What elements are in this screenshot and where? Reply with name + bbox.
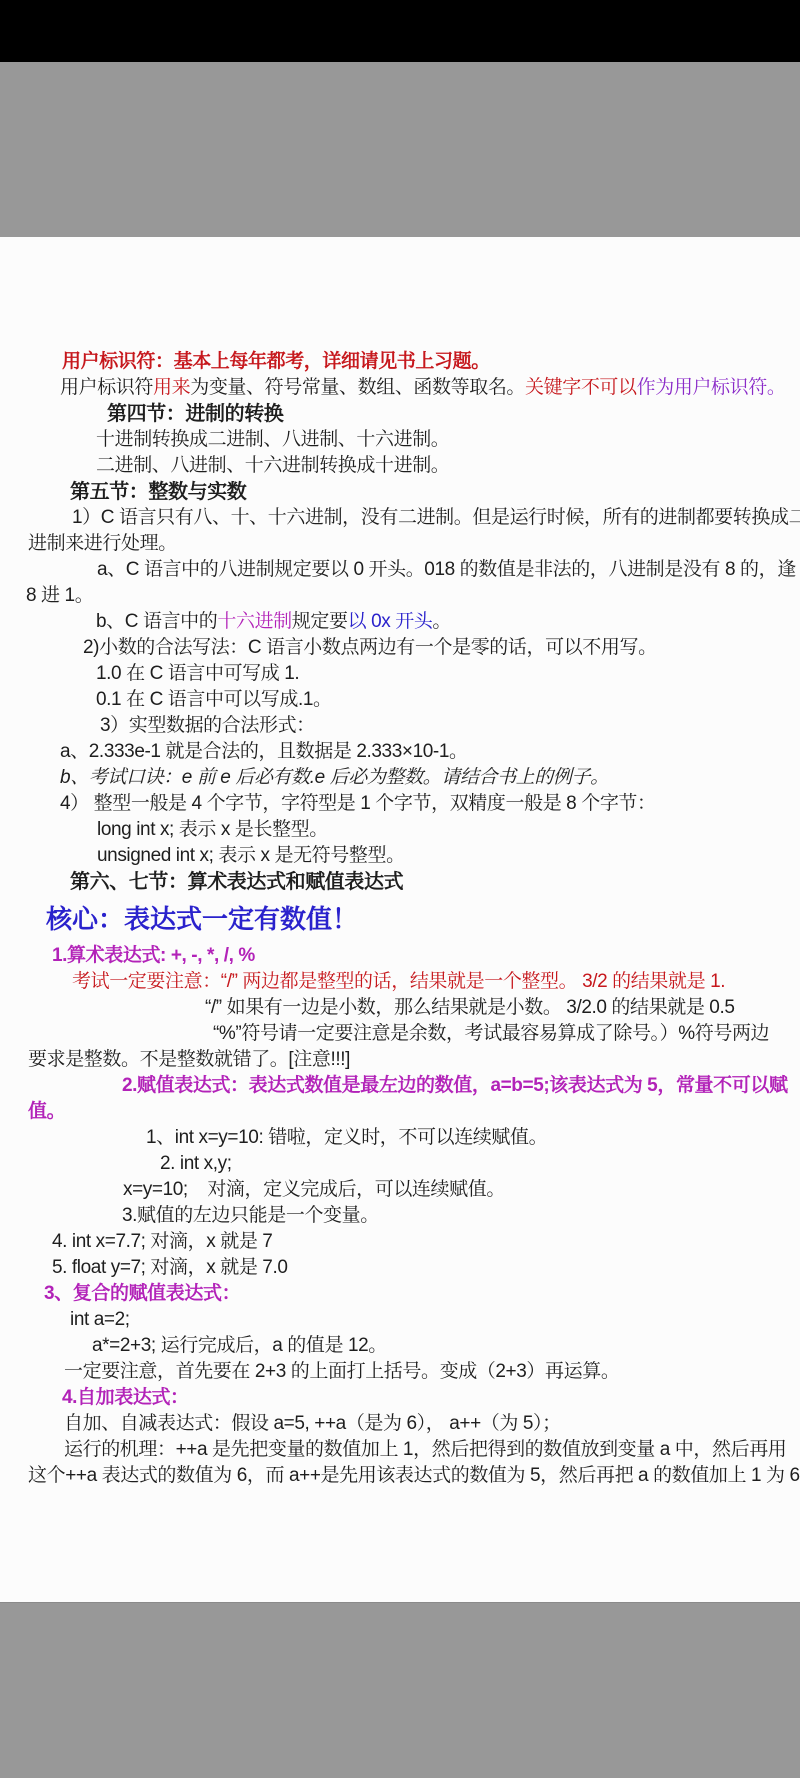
text-line: unsigned int x; 表示 x 是无符号整型。	[97, 843, 800, 869]
text-segment: 用来	[153, 377, 190, 398]
text-segment: 用户标识符	[60, 377, 153, 398]
text-segment: 十进制转换成二进制、八进制、十六进制。	[96, 429, 449, 450]
text-line: 这个++a 表达式的数值为 6，而 a++是先用该表达式的数值为 5，然后再把 …	[28, 1463, 800, 1489]
text-segment: 作为用户标识符。	[637, 377, 786, 398]
gray-band-top	[0, 62, 800, 238]
text-segment: 第四节：进制的转换	[107, 403, 283, 425]
text-line: 8 进 1。	[26, 583, 800, 609]
text-segment: 一定要注意，首先要在 2+3 的上面打上括号。变成（2+3）再运算。	[64, 1361, 619, 1382]
text-segment: 3.赋值的左边只能是一个变量。	[122, 1205, 379, 1226]
text-segment: 1）C 语言只有八、十、十六进制，没有二进制。但是运行时候，所有的进制都要转换成…	[72, 507, 800, 528]
text-line: 一定要注意，首先要在 2+3 的上面打上括号。变成（2+3）再运算。	[64, 1359, 800, 1385]
text-segment: 这个++a 表达式的数值为 6，而 a++是先用该表达式的数值为 5，然后再把 …	[28, 1465, 800, 1486]
text-line: 第六、七节：算术表达式和赋值表达式	[70, 869, 800, 895]
text-segment: a、C 语言中的八进制规定要以 0 开头。018 的数值是非法的，八进制是没有 …	[97, 559, 796, 580]
text-segment: “%”符号请一定要注意是余数，考试最容易算成了除号。）%符号两边	[213, 1023, 769, 1044]
text-line: 考试一定要注意：“/” 两边都是整型的话，结果就是一个整型。 3/2 的结果就是…	[72, 969, 800, 995]
text-segment: 以 0x 开头	[348, 611, 433, 632]
text-segment: b、C 语言中的	[96, 611, 217, 632]
text-segment: 值。	[28, 1101, 65, 1122]
text-line: 二进制、八进制、十六进制转换成十进制。	[96, 453, 800, 479]
text-segment: 进制来进行处理。	[28, 533, 177, 554]
text-line: 2.赋值表达式：表达式数值是最左边的数值，a=b=5;该表达式为 5，常量不可以…	[122, 1073, 800, 1099]
text-segment: 5. float y=7; 对滴，x 就是 7.0	[52, 1257, 288, 1278]
text-segment: 自加、自减表达式：假设 a=5, ++a（是为 6）， a++（为 5）；	[64, 1413, 561, 1434]
text-segment: 0.1 在 C 语言中可以写成.1。	[96, 689, 332, 710]
text-segment: 1.算术表达式: +, -, *, /, %	[52, 945, 255, 966]
text-segment: 4. int x=7.7; 对滴，x 就是 7	[52, 1231, 272, 1252]
text-segment: 要求是整数。不是整数就错了。[注意!!!]	[28, 1049, 350, 1070]
document-page: 用户标识符：基本上每年都考，详细请见书上习题。用户标识符用来为变量、符号常量、数…	[0, 237, 800, 1602]
text-segment: 规定要	[292, 611, 348, 632]
text-segment: 1、int x=y=10: 错啦，定义时，不可以连续赋值。	[146, 1127, 547, 1148]
text-line: 十进制转换成二进制、八进制、十六进制。	[96, 427, 800, 453]
text-line: “%”符号请一定要注意是余数，考试最容易算成了除号。）%符号两边	[213, 1021, 800, 1047]
gray-band-bottom	[0, 1602, 800, 1778]
text-segment: 二进制、八进制、十六进制转换成十进制。	[96, 455, 449, 476]
text-line: 2. int x,y;	[160, 1151, 800, 1177]
text-line: b、考试口诀：e 前 e 后必有数.e 后必为整数。请结合书上的例子。	[60, 765, 800, 791]
text-segment: 核心：表达式一定有数值！	[46, 904, 358, 934]
text-line: 值。	[28, 1099, 800, 1125]
text-line: “/” 如果有一边是小数，那么结果就是小数。 3/2.0 的结果就是 0.5	[205, 995, 800, 1021]
text-segment: “/” 如果有一边是小数，那么结果就是小数。 3/2.0 的结果就是 0.5	[205, 997, 735, 1018]
text-segment: 1.0 在 C 语言中可写成 1.	[96, 663, 299, 684]
text-segment: 4） 整型一般是 4 个字节，字符型是 1 个字节，双精度一般是 8 个字节：	[60, 793, 656, 814]
text-line: 3、复合的赋值表达式：	[44, 1281, 800, 1307]
text-line: 3.赋值的左边只能是一个变量。	[122, 1203, 800, 1229]
text-segment: 3）实型数据的合法形式：	[100, 715, 315, 736]
text-line: 用户标识符：基本上每年都考，详细请见书上习题。	[62, 349, 800, 375]
text-segment: 2)小数的合法写法：C 语言小数点两边有一个是零的话，可以不用写。	[83, 637, 657, 658]
text-line: int a=2;	[70, 1307, 800, 1333]
text-segment: 4.自加表达式：	[62, 1387, 189, 1408]
text-segment: a*=2+3; 运行完成后，a 的值是 12。	[92, 1335, 387, 1356]
text-line: b、C 语言中的十六进制规定要以 0x 开头。	[96, 609, 800, 635]
text-segment: 第五节：整数与实数	[70, 481, 246, 503]
text-segment: a、2.333e-1 就是合法的，且数据是 2.333×10-1。	[60, 741, 468, 762]
text-line: 2)小数的合法写法：C 语言小数点两边有一个是零的话，可以不用写。	[83, 635, 800, 661]
letterbox-top-bar	[0, 0, 800, 62]
text-line: 0.1 在 C 语言中可以写成.1。	[96, 687, 800, 713]
text-segment: 关键字不可以	[525, 377, 637, 398]
text-segment: int a=2;	[70, 1309, 130, 1330]
text-segment: unsigned int x; 表示 x 是无符号整型。	[97, 845, 405, 866]
text-line: 第五节：整数与实数	[70, 479, 800, 505]
text-line: a、2.333e-1 就是合法的，且数据是 2.333×10-1。	[60, 739, 800, 765]
text-segment: 2.赋值表达式：表达式数值是最左边的数值，a=b=5;该表达式为 5，常量不可以…	[122, 1075, 788, 1096]
text-segment: 。	[432, 611, 451, 632]
text-line: 4.自加表达式：	[62, 1385, 800, 1411]
text-line: 要求是整数。不是整数就错了。[注意!!!]	[28, 1047, 800, 1073]
text-segment: 2. int x,y;	[160, 1153, 232, 1174]
text-line: 3）实型数据的合法形式：	[100, 713, 800, 739]
text-line: 5. float y=7; 对滴，x 就是 7.0	[52, 1255, 800, 1281]
text-segment: x=y=10; 对滴，定义完成后，可以连续赋值。	[123, 1179, 505, 1200]
text-line: a*=2+3; 运行完成后，a 的值是 12。	[92, 1333, 800, 1359]
text-line: 1.0 在 C 语言中可写成 1.	[96, 661, 800, 687]
text-line: 用户标识符用来为变量、符号常量、数组、函数等取名。关键字不可以作为用户标识符。	[60, 375, 800, 401]
text-line: 1、int x=y=10: 错啦，定义时，不可以连续赋值。	[146, 1125, 800, 1151]
text-line: 第四节：进制的转换	[107, 401, 800, 427]
text-segment: long int x; 表示 x 是长整型。	[97, 819, 328, 840]
text-segment: 运行的机理：++a 是先把变量的数值加上 1，然后把得到的数值放到变量 a 中，…	[64, 1439, 786, 1460]
text-segment: 8 进 1。	[26, 585, 93, 606]
video-frame: 用户标识符：基本上每年都考，详细请见书上习题。用户标识符用来为变量、符号常量、数…	[0, 0, 800, 1778]
text-segment: 考试一定要注意：“/” 两边都是整型的话，结果就是一个整型。 3/2 的结果就是…	[72, 971, 725, 992]
text-line: 进制来进行处理。	[28, 531, 800, 557]
text-line: 运行的机理：++a 是先把变量的数值加上 1，然后把得到的数值放到变量 a 中，…	[64, 1437, 800, 1463]
text-line: 4. int x=7.7; 对滴，x 就是 7	[52, 1229, 800, 1255]
text-segment: b、考试口诀：e 前 e 后必有数.e 后必为整数。请结合书上的例子。	[60, 767, 609, 788]
text-segment: 十六进制	[217, 611, 291, 632]
text-line: a、C 语言中的八进制规定要以 0 开头。018 的数值是非法的，八进制是没有 …	[97, 557, 800, 583]
text-line: 1.算术表达式: +, -, *, /, %	[52, 943, 800, 969]
text-line: 1）C 语言只有八、十、十六进制，没有二进制。但是运行时候，所有的进制都要转换成…	[72, 505, 800, 531]
text-line: long int x; 表示 x 是长整型。	[97, 817, 800, 843]
text-segment: 为变量、符号常量、数组、函数等取名。	[190, 377, 525, 398]
text-segment: 用户标识符：基本上每年都考，详细请见书上习题。	[62, 351, 490, 372]
text-line: 核心：表达式一定有数值！	[46, 901, 800, 937]
text-segment: 3、复合的赋值表达式：	[44, 1283, 240, 1304]
text-segment: 第六、七节：算术表达式和赋值表达式	[70, 871, 403, 893]
text-line: 4） 整型一般是 4 个字节，字符型是 1 个字节，双精度一般是 8 个字节：	[60, 791, 800, 817]
text-line: x=y=10; 对滴，定义完成后，可以连续赋值。	[123, 1177, 800, 1203]
text-line: 自加、自减表达式：假设 a=5, ++a（是为 6）， a++（为 5）；	[64, 1411, 800, 1437]
